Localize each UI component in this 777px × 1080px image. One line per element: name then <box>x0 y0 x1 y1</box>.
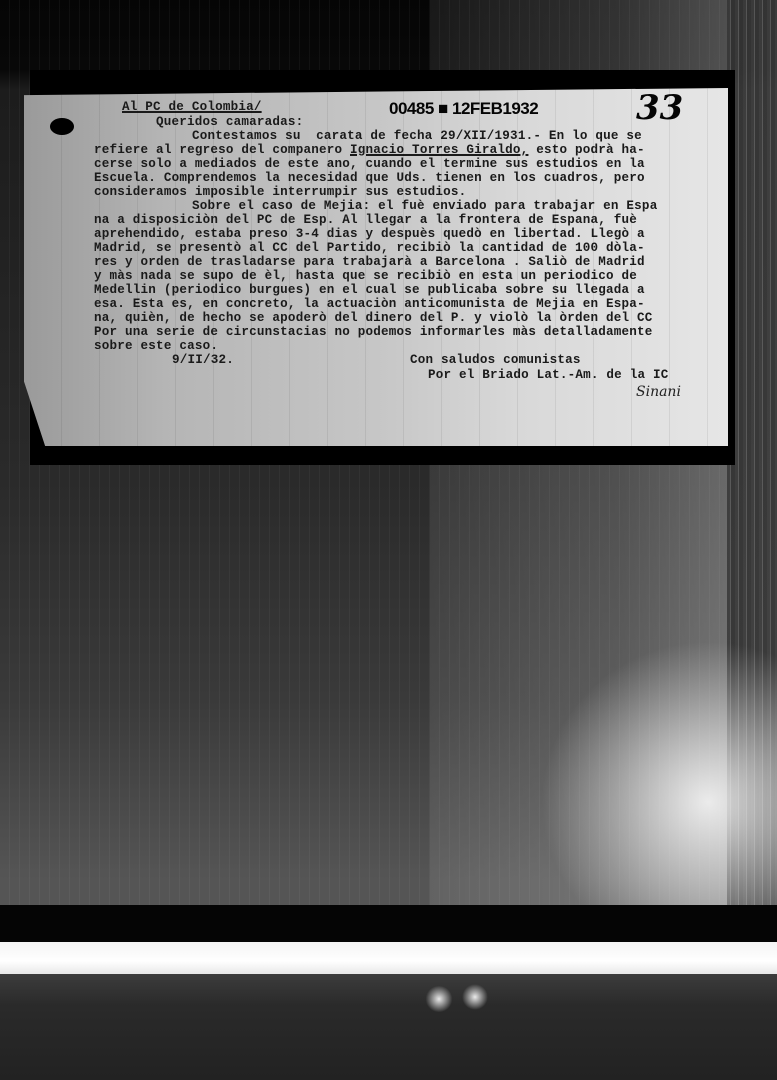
body-line: refiere al regreso del companero Ignacio… <box>94 143 645 157</box>
folio-number: 33 <box>636 88 683 128</box>
body-line-tail: esto podrà ha- <box>528 143 644 157</box>
body-line: Sobre el caso de Mejia: el fuè enviado p… <box>192 199 657 213</box>
body-line: y màs nada se supo de èl, hasta que se r… <box>94 269 637 283</box>
white-band <box>0 942 777 974</box>
typed-letter: 00485 ■ 12FEB1932 33 Al PC de Colombia/ … <box>24 88 728 446</box>
addressee: Al PC de Colombia/ <box>122 100 262 114</box>
body-line: aprehendido, estaba preso 3-4 dias y des… <box>94 227 645 241</box>
light-spot <box>425 986 453 1012</box>
letter-date: 9/II/32. <box>172 353 234 367</box>
overexposed-area <box>540 640 777 910</box>
body-line: sobre este caso. <box>94 339 218 353</box>
underlined-name: Ignacio Torres Giraldo, <box>350 143 528 157</box>
body-line: Por una serie de circunstacias no podemo… <box>94 325 653 339</box>
body-line: Contestamos su carata de fecha 29/XII/19… <box>192 129 642 143</box>
body-line: na, quièn, de hecho se apoderò del diner… <box>94 311 653 325</box>
closing: Con saludos comunistas <box>410 353 581 367</box>
body-line: res y orden de trasladarse para trabajar… <box>94 255 645 269</box>
body-line: Madrid, se presentò al CC del Partido, r… <box>94 241 645 255</box>
dark-band <box>0 905 777 945</box>
signature: Sinani <box>636 384 681 400</box>
body-line: esa. Esta es, en concreto, la actuaciòn … <box>94 297 645 311</box>
sender: Por el Briado Lat.-Am. de la IC <box>428 368 668 382</box>
body-line: Escuela. Comprendemos la necesidad que U… <box>94 171 645 185</box>
lower-scan-area <box>0 974 777 1080</box>
body-line: Medellin (periodico burgues) en el cual … <box>94 283 645 297</box>
salutation: Queridos camaradas: <box>156 115 303 129</box>
body-line: consideramos imposible interrumpir sus e… <box>94 185 466 199</box>
body-line: cerse solo a mediados de este ano, cuand… <box>94 157 645 171</box>
punch-hole <box>50 118 74 135</box>
archive-stamp: 00485 ■ 12FEB1932 <box>389 99 538 119</box>
light-spot <box>462 984 488 1010</box>
body-line-head: refiere al regreso del companero <box>94 143 350 157</box>
body-line: na a disposiciòn del PC de Esp. Al llega… <box>94 213 637 227</box>
